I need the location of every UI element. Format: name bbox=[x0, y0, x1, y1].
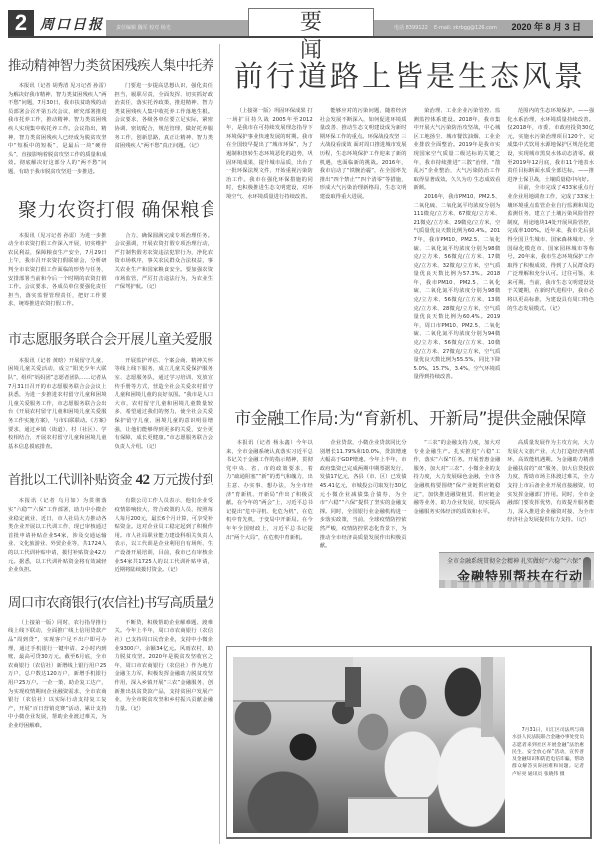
photo-door bbox=[345, 667, 361, 707]
finance-banner: 全市金融系统贯彻全会精神 扎实做好“六稳”“六保” 金融特别帮扶在行动 bbox=[439, 552, 594, 588]
banner-tagline: 全市金融系统贯彻全会精神 扎实做好“六稳”“六保” bbox=[447, 556, 581, 565]
editor-bar: 责任编辑 魏军 校对 杨光 bbox=[106, 20, 248, 36]
article-body: 范围内的生态环境保护。——强化水系治理，水环境质量持续改善。仅2018年，市委、… bbox=[507, 107, 594, 184]
paper-name: 周口日报 bbox=[40, 14, 104, 34]
article-body: 本报讯（记者 胡秀清 见习记者 孙雷）为解决好我市精神、智力类贫困残疾人“两不愁… bbox=[8, 82, 107, 177]
article-body: 本报讯（记者 乌月如）为贯彻落实“六稳”“六保”工作部署，助力中小微企业稳定就业… bbox=[8, 497, 107, 574]
column-divider bbox=[219, 44, 220, 844]
headline-number: 42 bbox=[136, 472, 150, 488]
article-body: 本报讯（记者 杨永鑫）今年以来，全市金融系统认真落实习近平总书记关于金融工作的指… bbox=[226, 439, 313, 542]
masthead: 2 周口日报 责任编辑 魏军 校对 杨光 要闻 电话 8399122 E-mai… bbox=[8, 8, 593, 36]
article-body: 开展监护评估、个案会商、精神关怀等线上线下服务，成立儿童关爱保护服务室、志愿服务… bbox=[115, 357, 214, 452]
article-agri-supplies: 聚力农资打假 确保粮食安全 本报讯（见习记者 孙雷）为进一步推动全市农资打假工作… bbox=[8, 195, 213, 309]
article-volunteer-children: 市志愿服务联合会开展儿童关爱服务工作 本报讯（记者 黄晗）开展留守儿童、困境儿童… bbox=[8, 329, 213, 452]
article-mental-disability: 推动精神智力类贫困残疾人集中托养落地生根 本报讯（记者 胡秀清 见习记者 孙雷）… bbox=[8, 54, 213, 177]
photo-frame: 7月31日，川汇区司法所与商水县人民法院联合金融办事处党员志愿者来到社区开展金融… bbox=[226, 646, 592, 839]
headline-prefix: 首批以工代训补贴资金 bbox=[8, 473, 132, 488]
article-body: （上接第一版）同时，农行指导推行线上线下联动，全面推广线上信用贷款产品“周到贷”… bbox=[8, 619, 107, 731]
article-rural-bank: 周口市农商银行(农信社)书写高质量发展精彩答卷 （上接第一版）同时，农行指导推行… bbox=[8, 591, 213, 731]
issue-date: 2020 年 8 月 3 日 bbox=[511, 20, 581, 33]
article-body: 高质量发展作为主攻方向，大力发展大文旅产业，大力打造经济内循环，高效能机遇期。为… bbox=[507, 439, 594, 525]
article-body: 有限公司工作人员表示，他们企业受疫情影响较大，符合政策的人员，按照每人每月200… bbox=[115, 497, 214, 574]
photo-table bbox=[348, 797, 428, 833]
left-column: 推动精神智力类贫困残疾人集中托养落地生根 本报讯（记者 胡秀清 见习记者 孙雷）… bbox=[8, 44, 213, 730]
masthead-rule bbox=[8, 36, 593, 38]
landscape-decoration bbox=[439, 580, 594, 588]
phone: 电话 8399122 bbox=[394, 20, 428, 36]
soil-data: 目前，全市完成了433家重点行业企业用地调查工作，完成了33家土壤环境重点监管企… bbox=[507, 184, 594, 313]
article-headline[interactable]: 推动精神智力类贫困残疾人集中托养落地生根 bbox=[8, 54, 213, 74]
article-body: 门要进一步提高思想认识，强化责任担当，履职尽责，全面发挥、切实抓好政治责任，落实… bbox=[115, 82, 214, 151]
article-headline[interactable]: 市志愿服务联合会开展儿童关爱服务工作 bbox=[8, 329, 213, 349]
news-photo[interactable] bbox=[233, 657, 505, 833]
main-headline[interactable]: 前行道路上皆是生态风景 bbox=[226, 54, 594, 95]
article-body: 能够应对的污染问题，随着经济社会发展不断深入，如何促进环境质量改善、推动生态文明… bbox=[320, 107, 407, 202]
article-body: 企业贷款，小微企业贷款同比分别增长11.79%和10.0%，贷款增速大幅高于GD… bbox=[320, 439, 407, 551]
article-body: 不断贷，积极帮助企业解难题、渡难关。今年上半年，周口市农商银行（农信社）已支持周… bbox=[115, 619, 214, 714]
section-title: 要闻 bbox=[248, 8, 374, 36]
finance-article: 市金融工作局:为“育新机、开新局”提供金融保障 本报讯（记者 杨永鑫）今年以来，… bbox=[226, 404, 594, 589]
article-training-subsidy: 首批以工代训补贴资金 42 万元拨付到位 本报讯（记者 乌月如）为贯彻落实“六稳… bbox=[8, 469, 213, 574]
article-body: （上接第一版）巩固环保成果 打一场扩目持久战 2005年至2012年，是我市在可… bbox=[226, 107, 313, 202]
main-article: 前行道路上皆是生态风景 （上接第一版）巩固环保成果 打一场扩目持久战 2005年… bbox=[226, 54, 594, 382]
photo-pillar bbox=[481, 657, 493, 737]
article-body: 本报讯（见习记者 孙雷）为进一步推动全市农资打假工作深入开展，切实维护农民利益，… bbox=[8, 232, 107, 309]
article-headline[interactable]: 首批以工代训补贴资金 42 万元拨付到位 bbox=[8, 469, 213, 489]
contact-bar: 电话 8399122 E-mail: zkrbgg@126.com 2020 年… bbox=[374, 20, 593, 36]
headline-suffix: 万元拨付到位 bbox=[153, 473, 213, 488]
email-link[interactable]: E-mail: zkrbgg@126.com bbox=[434, 20, 497, 36]
page-number: 2 bbox=[8, 10, 34, 36]
article-body: 染治理、工业企业污染管控、监测监控体系建设。2018年，我市集中开展大气污染防治… bbox=[414, 107, 501, 193]
photo-building bbox=[233, 657, 353, 702]
photo-caption: 7月31日，川汇区司法所与商水县人民法院联合金融办事处党员志愿者来到社区开展金融… bbox=[512, 727, 584, 778]
editor-line: 责任编辑 魏军 校对 杨光 bbox=[116, 25, 171, 31]
article-headline[interactable]: 周口市农商银行(农信社)书写高质量发展精彩答卷 bbox=[8, 591, 213, 611]
article-headline[interactable]: 聚力农资打假 确保粮食安全 bbox=[18, 195, 213, 222]
article-body: “三农”的金融支持力度，加大对专业金融生产。扎实推进“六稳”工作，落实“六保”任… bbox=[414, 439, 501, 516]
air-quality-data: 2016年，我市PM10、PM2.5、二氧化硫、二氧化氮平均浓度分别为111微克… bbox=[414, 193, 501, 382]
article-body: 合力，确保圆满完成专项治理任务。会议强调，开展农资打假专项治理行动，严打制售假劣… bbox=[115, 232, 214, 292]
finance-headline[interactable]: 市金融工作局:为“育新机、开新局”提供金融保障 bbox=[226, 404, 594, 429]
article-body: 本报讯（记者 黄晗）开展留守儿童、困境儿童关爱活动，成立“阳光少年大联队”，组织… bbox=[8, 357, 107, 452]
right-area: 前行道路上皆是生态风景 （上接第一版）巩固环保成果 打一场扩目持久战 2005年… bbox=[226, 44, 594, 589]
